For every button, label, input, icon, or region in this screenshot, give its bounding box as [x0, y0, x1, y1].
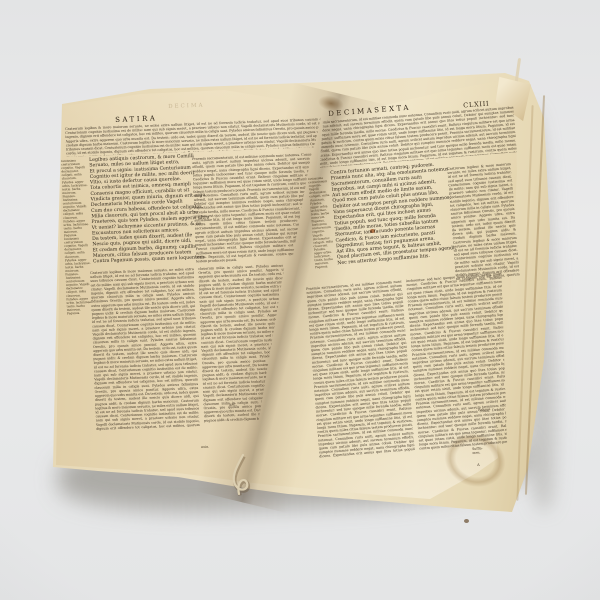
photo-scene: DECIMA SATIRA Castrorum legibus & more m… — [0, 0, 600, 600]
binding-thread — [222, 452, 268, 506]
stain-dot — [370, 229, 375, 233]
stain-dot — [464, 519, 469, 523]
right-commentary-side: Castrorum legibus & more maiorum seruato… — [447, 162, 520, 282]
